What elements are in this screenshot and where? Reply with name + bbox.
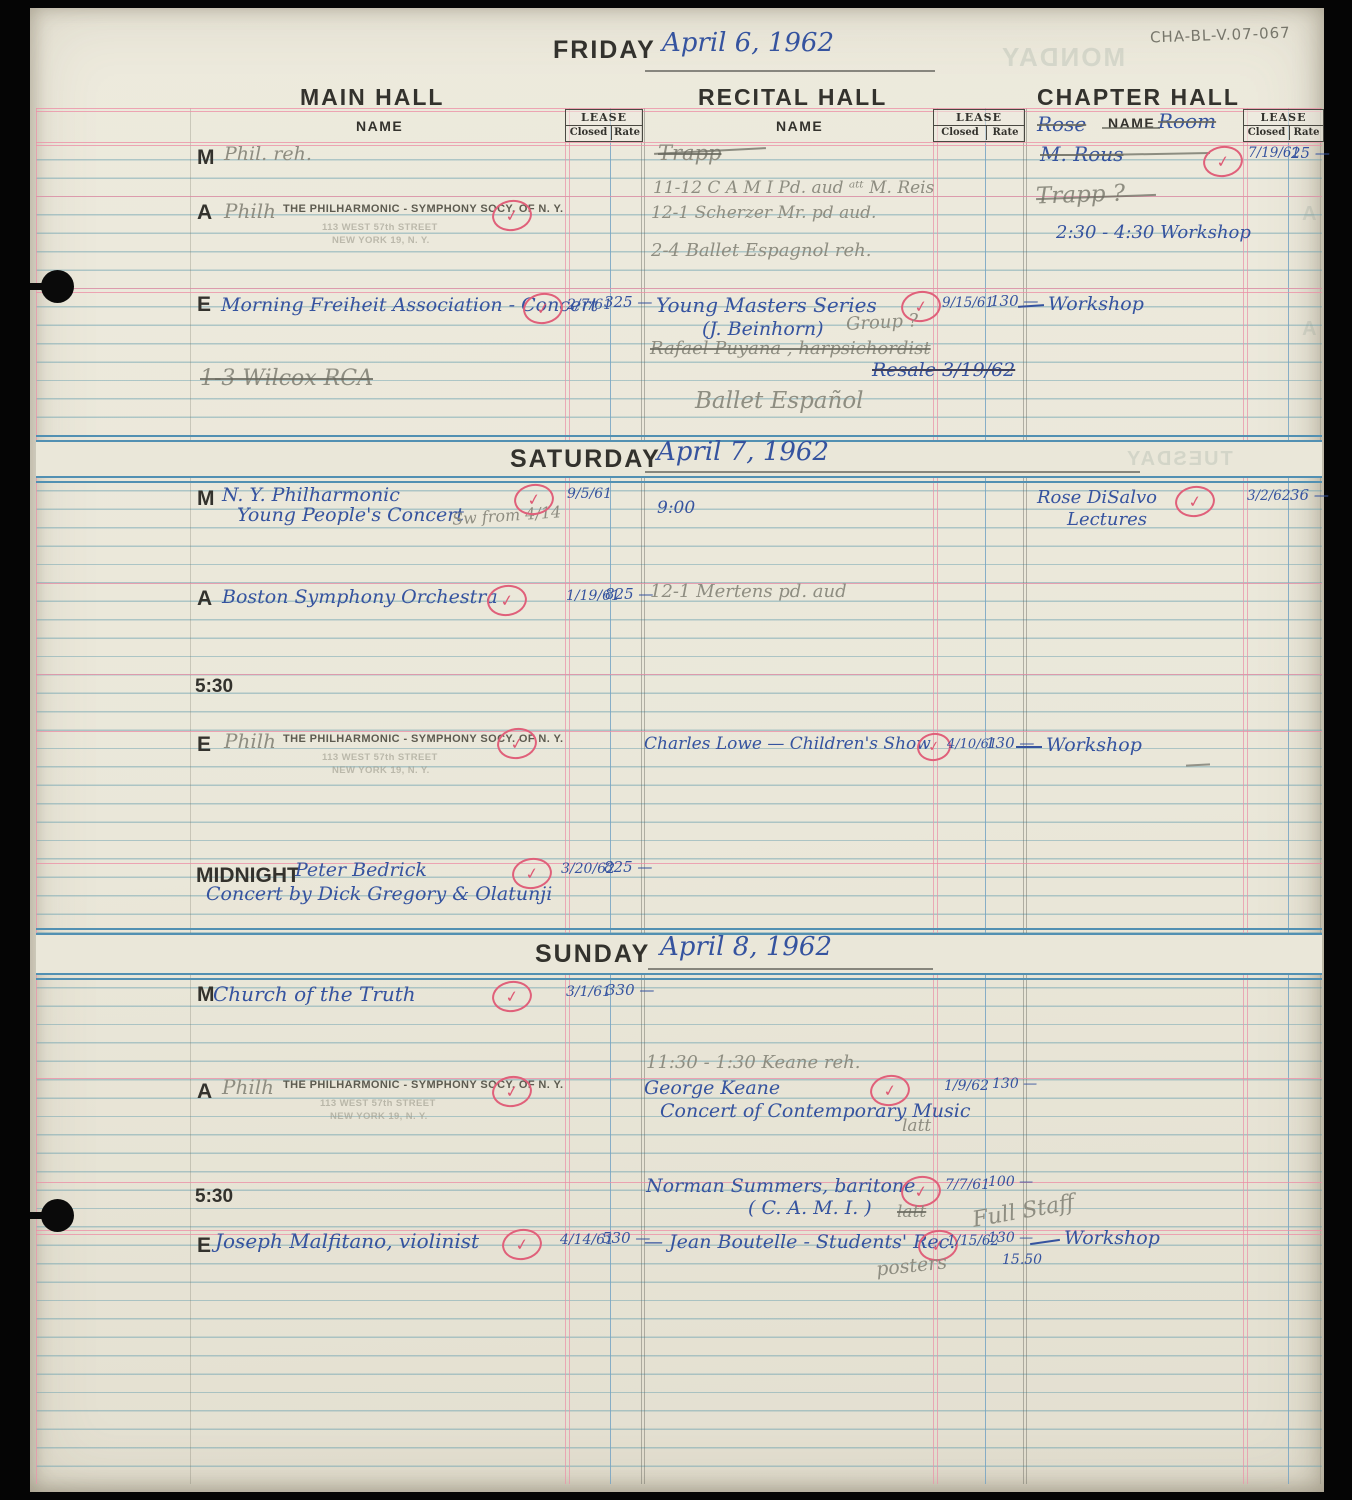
grid-vline bbox=[1288, 108, 1289, 1484]
ghost-text: A bbox=[1300, 318, 1316, 341]
entry-saturday-recital-e: Charles Lowe — Children's Show bbox=[644, 734, 931, 754]
hall-title-recital: RECITAL HALL bbox=[698, 84, 887, 111]
entry-saturday-midnight-rate: 825 — bbox=[604, 858, 652, 876]
title-underline bbox=[645, 70, 935, 72]
lease-label: LEASE bbox=[566, 110, 642, 126]
grid-vline bbox=[610, 108, 611, 1484]
entry-saturday-main-m-closed: 9/5/61 bbox=[567, 486, 612, 502]
entry-sunday-recital-a-pencil: 11:30 - 1:30 Keane reh. bbox=[646, 1052, 860, 1073]
entry-saturday-chapter-m-closed: 3/2/62 bbox=[1247, 488, 1290, 504]
entry-friday-recital-note3: 2-4 Ballet Espagnol reh. bbox=[651, 240, 871, 261]
lease-label: LEASE bbox=[934, 110, 1024, 126]
connector-dash bbox=[1016, 746, 1042, 748]
grid-vline bbox=[36, 108, 37, 1484]
lease-closed-label: Closed bbox=[566, 126, 612, 140]
entry-saturday-main-m1: N. Y. Philharmonic bbox=[222, 484, 400, 506]
entry-saturday-recital-a-pencil: 12-1 Mertens pd. aud bbox=[650, 581, 847, 602]
lease-closed-label: Closed bbox=[934, 126, 987, 140]
grid-vline bbox=[1026, 108, 1027, 1484]
entry-sunday-main-e: Joseph Malfitano, violinist bbox=[215, 1229, 479, 1253]
entry-friday-main-e-rate: 325 — bbox=[604, 293, 652, 311]
entry-friday-main-a-pencil: Philh bbox=[224, 199, 276, 223]
philharmonic-stamp-line2: 113 WEST 57th STREET bbox=[320, 1098, 436, 1109]
ghost-text: MONDAY bbox=[1000, 42, 1125, 73]
day-date-saturday: April 7, 1962 bbox=[657, 437, 829, 467]
day-title-friday: FRIDAY bbox=[553, 36, 656, 65]
lease-label: LEASE bbox=[1244, 110, 1323, 126]
row-label-friday-a: A bbox=[197, 201, 212, 225]
entry-saturday-main-m2: Young People's Concert bbox=[237, 504, 464, 526]
entry-saturday-midnight-1: Peter Bedrick bbox=[295, 859, 427, 881]
grid-vline bbox=[985, 108, 986, 1484]
section-divider bbox=[36, 476, 1322, 483]
row-label-saturday-a: A bbox=[197, 587, 212, 611]
lease-closed-label: Closed bbox=[1244, 126, 1290, 140]
grid-vline bbox=[1243, 108, 1244, 1484]
entry-sunday-recital-e: — Jean Boutelle - Students' Rec. bbox=[644, 1231, 955, 1253]
hole-punch bbox=[41, 270, 74, 303]
entry-chapter-header-rose: Rose bbox=[1037, 112, 1086, 136]
row-label-friday-e: E bbox=[197, 293, 211, 317]
grid-hline bbox=[36, 674, 1322, 675]
entry-sunday-recital-a-rate: 130 — bbox=[992, 1076, 1037, 1092]
grid-vline bbox=[1320, 108, 1321, 1484]
lease-box-recital: LEASE Closed Rate bbox=[933, 109, 1025, 142]
entry-saturday-midnight-2: Concert by Dick Gregory & Olatunji bbox=[206, 883, 552, 905]
grid-vline bbox=[190, 108, 191, 1484]
entry-friday-recital-e-sub-pencil: Group ? bbox=[846, 310, 919, 335]
entry-friday-recital-ballet: Ballet Español bbox=[695, 388, 864, 414]
lease-box-chapter: LEASE Closed Rate bbox=[1243, 109, 1324, 142]
day-title-sunday: SUNDAY bbox=[535, 940, 650, 969]
grid-vline bbox=[644, 108, 645, 1484]
lease-rate-label: Rate bbox=[987, 126, 1024, 140]
entry-sunday-main-m-closed: 3/1/61 bbox=[566, 984, 611, 1000]
row-label-sunday-a: A bbox=[197, 1080, 212, 1104]
entry-sunday-main-m-rate: 330 — bbox=[606, 981, 654, 999]
entry-sunday-recital-e-rate2: 15.50 bbox=[1002, 1252, 1042, 1268]
lease-rate-label: Rate bbox=[612, 126, 642, 140]
row-label-saturday-530: 5:30 bbox=[195, 676, 233, 698]
entry-friday-recital-struck2: Resale 3/19/62 bbox=[872, 359, 1015, 381]
entry-friday-recital-e: Young Masters Series bbox=[656, 293, 877, 317]
philharmonic-stamp-line3: NEW YORK 19, N. Y. bbox=[332, 765, 430, 776]
entry-sunday-main-a-pencil: Philh bbox=[222, 1075, 274, 1099]
title-underline bbox=[645, 471, 1140, 473]
entry-chapter-header-room: Room bbox=[1158, 109, 1216, 133]
entry-sunday-530-closed: 7/7/61 bbox=[945, 1177, 990, 1193]
entry-friday-main-wilcox: 1-3 Wilcox RCA bbox=[200, 366, 373, 391]
entry-friday-recital-note2: 12-1 Scherzer Mr. pd aud. bbox=[651, 203, 876, 223]
entry-sunday-recital-e-rate: 130 — bbox=[988, 1230, 1033, 1246]
entry-sunday-chapter-e: Workshop bbox=[1064, 1227, 1160, 1249]
grid-hline bbox=[36, 111, 1322, 112]
row-label-friday-m: M bbox=[197, 146, 215, 170]
ghost-text: A bbox=[1300, 203, 1316, 226]
entry-friday-recital-e-sub: (J. Beinhorn) bbox=[702, 318, 824, 340]
entry-sunday-recital-a-closed: 1/9/62 bbox=[944, 1078, 989, 1094]
lease-rate-label: Rate bbox=[1290, 126, 1323, 140]
entry-sunday-530-recital: Norman Summers, baritone bbox=[646, 1175, 915, 1197]
entry-friday-recital-struck1: Rafael Puyana , harpsichordist bbox=[650, 338, 931, 359]
grid-vline bbox=[641, 108, 642, 1484]
row-label-sunday-e: E bbox=[197, 1234, 211, 1258]
hole-punch bbox=[41, 1199, 74, 1232]
philharmonic-stamp-line2: 113 WEST 57th STREET bbox=[322, 222, 438, 233]
entry-sunday-main-m: Church of the Truth bbox=[213, 982, 416, 1006]
entry-saturday-chapter-m-rate: 36 — bbox=[1290, 486, 1329, 504]
entry-friday-chapter-e: Workshop bbox=[1048, 293, 1144, 315]
entry-sunday-530-rate: 100 — bbox=[988, 1174, 1033, 1190]
col-name-recital: NAME bbox=[776, 118, 823, 134]
entry-saturday-recital-m: 9:00 bbox=[657, 498, 695, 518]
entry-saturday-main-e-pencil: Philh bbox=[224, 729, 276, 753]
row-label-saturday-e: E bbox=[197, 733, 211, 757]
row-label-sunday-530: 5:30 bbox=[195, 1186, 233, 1208]
entry-sunday-recital-a1: George Keane bbox=[644, 1077, 780, 1099]
entry-friday-main-m: Phil. reh. bbox=[224, 143, 312, 165]
hole-punch-tear bbox=[30, 1212, 44, 1219]
grid-hline bbox=[36, 288, 1322, 289]
day-title-saturday: SATURDAY bbox=[510, 445, 661, 474]
hall-title-chapter: CHAPTER HALL bbox=[1037, 84, 1240, 111]
entry-friday-recital-e-closed: 9/15/61 bbox=[942, 295, 994, 311]
hall-title-main: MAIN HALL bbox=[300, 84, 444, 111]
hole-punch-tear bbox=[30, 283, 44, 290]
entry-friday-chapter-m-rate: 25 — bbox=[1291, 144, 1330, 162]
entry-sunday-530-cami: ( C. A. M. I. ) bbox=[748, 1197, 872, 1219]
day-date-sunday: April 8, 1962 bbox=[660, 932, 832, 962]
col-name-main: NAME bbox=[356, 118, 403, 134]
grid-vline bbox=[1023, 108, 1024, 1484]
day-date-friday: April 6, 1962 bbox=[662, 28, 834, 58]
row-label-sunday-m: M bbox=[197, 983, 215, 1007]
grid-vline bbox=[1247, 108, 1248, 1484]
entry-sunday-recital-a-note: latt bbox=[902, 1116, 931, 1136]
entry-saturday-main-a-rate: 825 — bbox=[605, 585, 653, 603]
entry-saturday-recital-e-rate: 130 — bbox=[986, 734, 1034, 752]
lease-box-main: LEASE Closed Rate bbox=[565, 109, 643, 142]
col-name-chapter: NAME bbox=[1108, 115, 1155, 131]
title-underline bbox=[648, 968, 933, 970]
entry-saturday-chapter-m1: Rose DiSalvo bbox=[1037, 487, 1157, 508]
entry-saturday-chapter-m2: Lectures bbox=[1067, 509, 1147, 530]
entry-friday-recital-e-rate: 130 — bbox=[990, 292, 1038, 310]
row-label-saturday-m: M bbox=[197, 487, 215, 511]
philharmonic-stamp-line3: NEW YORK 19, N. Y. bbox=[332, 235, 430, 246]
pencil-strike-line bbox=[1102, 127, 1160, 129]
philharmonic-stamp-line3: NEW YORK 19, N. Y. bbox=[330, 1111, 428, 1122]
section-divider bbox=[36, 973, 1322, 980]
philharmonic-stamp-line2: 113 WEST 57th STREET bbox=[322, 752, 438, 763]
entry-friday-chapter-workshop-time: 2:30 - 4:30 Workshop bbox=[1056, 222, 1251, 243]
entry-friday-recital-note1: 11-12 C A M I Pd. aud ᵃᵗᵗ M. Reis bbox=[653, 178, 934, 198]
ledger-scan: MONDAY TUESDAY A A CHA-BL-V.07-067 FRIDA… bbox=[0, 0, 1352, 1500]
entry-saturday-main-a: Boston Symphony Orchestra bbox=[222, 586, 498, 608]
entry-saturday-chapter-e: Workshop bbox=[1046, 734, 1142, 756]
ghost-text: TUESDAY bbox=[1125, 448, 1233, 471]
entry-sunday-530-struck: latt bbox=[897, 1202, 926, 1222]
